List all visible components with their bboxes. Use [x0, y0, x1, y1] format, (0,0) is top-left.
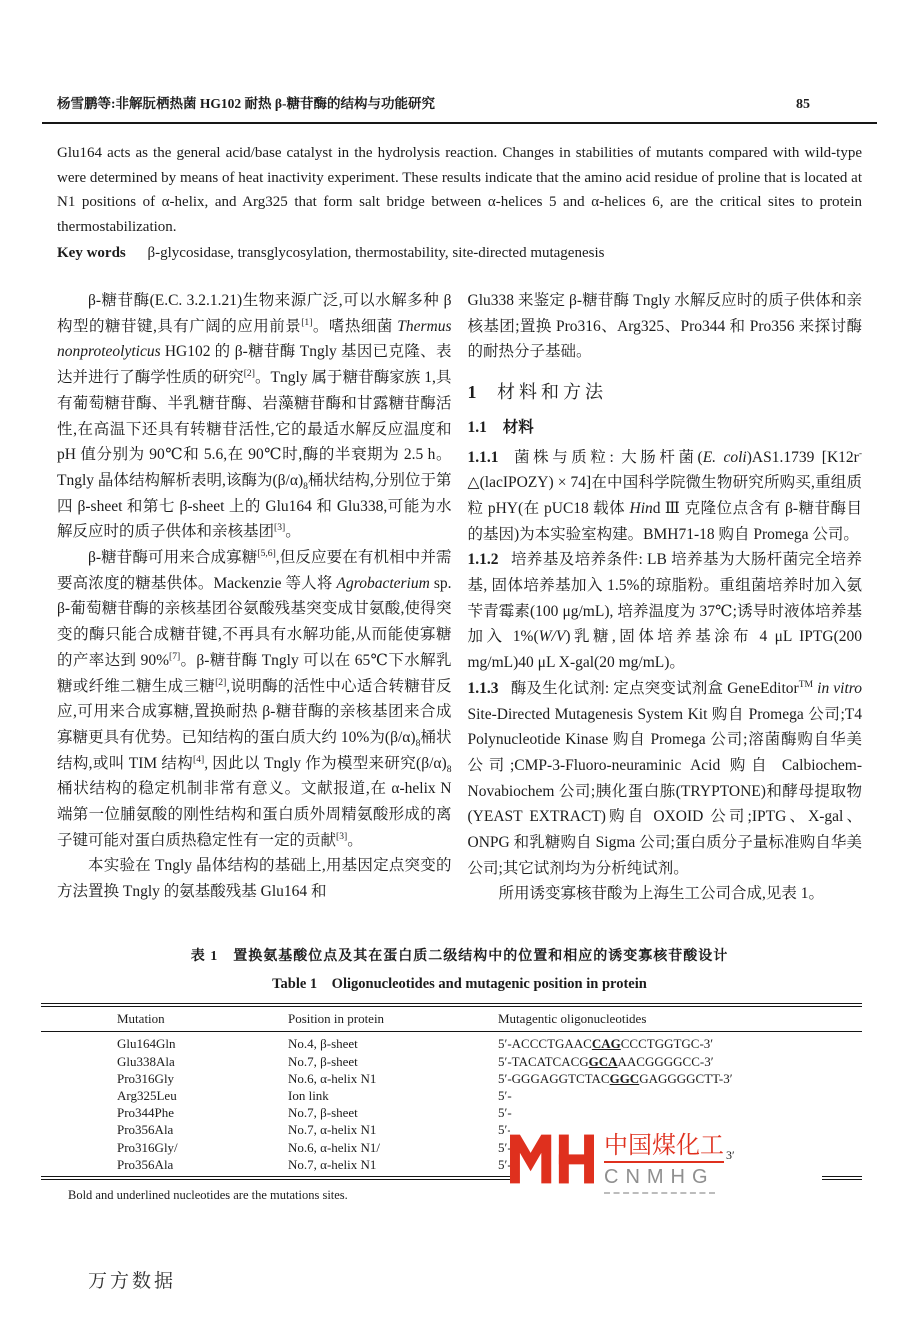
section-number: 1 [468, 382, 477, 402]
paragraph-intro: β-糖苷酶(E.C. 3.2.1.21)生物来源广泛,可以水解多种 β 构型的糖… [57, 288, 452, 545]
watermark: 中国煤化工 3′ CNMHG [510, 1118, 822, 1200]
subsection-title: 材料 [503, 419, 534, 436]
cell-position: No.6, α-helix N1 [273, 1070, 498, 1087]
cell-position: No.4, β-sheet [273, 1032, 498, 1053]
paragraph-experiment-lead: 本实验在 Tngly 晶体结构的基础上,用基因定点突变的方法置换 Tngly 的… [57, 853, 452, 904]
keywords-text: β-glycosidase, transglycosylation, therm… [148, 245, 605, 261]
keywords-line: Key words β-glycosidase, transglycosylat… [57, 245, 862, 262]
section-title: 材料和方法 [497, 382, 607, 402]
cell-position: No.7, β-sheet [273, 1053, 498, 1070]
table-row: Glu338Ala No.7, β-sheet 5′-TACATCACGGCAA… [41, 1053, 862, 1070]
paragraph-oligo-source: 所用诱变寡核苷酸为上海生工公司合成,见表 1。 [468, 881, 863, 907]
cell-oligo: 5′-TACATCACGGCAAACGGGGCC-3′ [498, 1053, 862, 1070]
subsection-number: 1.1 [468, 419, 487, 436]
section-heading-methods: 1 材料和方法 [468, 380, 863, 406]
paragraph-text: 培养基及培养条件: LB 培养基为大肠杆菌完全培养基, 固体培养基加入 1.5%… [468, 551, 863, 671]
cell-mutation: Glu338Ala [41, 1053, 273, 1070]
cell-position: No.7, β-sheet [273, 1104, 498, 1121]
watermark-sequence-fragment: 3′ [726, 1148, 735, 1163]
cell-mutation: Pro344Phe [41, 1104, 273, 1121]
paragraph-number: 1.1.3 [468, 680, 499, 697]
table-row: Glu164Gln No.4, β-sheet 5′-ACCCTGAACCAGC… [41, 1032, 862, 1053]
keywords-label: Key words [57, 245, 126, 261]
wanfang-data-logo: 万方数据 [88, 1266, 176, 1293]
column-right: Glu338 来鉴定 β-糖苷酶 Tngly 水解反应时的质子供体和亲核基团;置… [468, 288, 863, 907]
cell-position: No.6, α-helix N1/ [273, 1139, 498, 1156]
cell-position: No.7, α-helix N1 [273, 1156, 498, 1178]
cell-mutation: Pro356Ala [41, 1121, 273, 1138]
table-title-en: Table 1 Oligonucleotides and mutagenic p… [57, 972, 862, 993]
paragraph-strains-plasmids: 1.1.1菌株与质粒: 大肠杆菌(E. coli)AS1.1739 [K12r-… [468, 445, 863, 548]
paragraph-oligosynthesis: β-糖苷酶可用来合成寡糖[5,6],但反应要在有机相中并需要高浓度的糖基供体。M… [57, 545, 452, 853]
column-header-mutation: Mutation [41, 1005, 273, 1032]
paragraph-enzymes-reagents: 1.1.3酶及生化试剂: 定点突变试剂盒 GeneEditorTM in vit… [468, 676, 863, 882]
abstract-text: Glu164 acts as the general acid/base cat… [57, 141, 862, 239]
cell-mutation: Pro316Gly/ [41, 1139, 273, 1156]
paragraph-media-conditions: 1.1.2培养基及培养条件: LB 培养基为大肠杆菌完全培养基, 固体培养基加入… [468, 547, 863, 676]
page-number: 85 [796, 97, 862, 113]
table-row: Pro316Gly No.6, α-helix N1 5′-GGGAGGTCTA… [41, 1070, 862, 1087]
cell-oligo: 5′-GGGAGGTCTACGGCGAGGGGCTT-3′ [498, 1070, 862, 1087]
watermark-text-block: 中国煤化工 3′ CNMHG [604, 1125, 735, 1194]
cell-mutation: Pro316Gly [41, 1070, 273, 1087]
running-title: 杨雪鹏等:非解朊栖热菌 HG102 耐热 β-糖苷酶的结构与功能研究 [57, 92, 435, 112]
content-columns: β-糖苷酶(E.C. 3.2.1.21)生物来源广泛,可以水解多种 β 构型的糖… [57, 288, 862, 907]
column-left: β-糖苷酶(E.C. 3.2.1.21)生物来源广泛,可以水解多种 β 构型的糖… [57, 288, 452, 907]
cell-oligo: 5′-ACCCTGAACCAGCCCTGGTGC-3′ [498, 1032, 862, 1053]
paragraph-number: 1.1.1 [468, 449, 499, 466]
watermark-en-text: CNMHG [604, 1166, 715, 1194]
paragraph-text: 菌株与质粒: 大肠杆菌(E. coli)AS1.1739 [K12r- △(la… [468, 449, 863, 543]
table-row: Arg325Leu Ion link 5′- [41, 1087, 862, 1104]
cell-mutation: Arg325Leu [41, 1087, 273, 1104]
column-header-position: Position in protein [273, 1005, 498, 1032]
cell-mutation: Glu164Gln [41, 1032, 273, 1053]
paragraph-number: 1.1.2 [468, 551, 499, 568]
cell-position: Ion link [273, 1087, 498, 1104]
page: 杨雪鹏等:非解朊栖热菌 HG102 耐热 β-糖苷酶的结构与功能研究 85 Gl… [0, 0, 904, 1203]
paragraph-experiment-continued: Glu338 来鉴定 β-糖苷酶 Tngly 水解反应时的质子供体和亲核基团;置… [468, 288, 863, 365]
cell-oligo: 5′- [498, 1087, 862, 1104]
table-title-cn: 表 1 置换氨基酸位点及其在蛋白质二级结构中的位置和相应的诱变寡核苷酸设计 [57, 945, 862, 965]
column-header-oligonucleotides: Mutagentic oligonucleotides [498, 1005, 862, 1032]
table-header-row: Mutation Position in protein Mutagentic … [41, 1005, 862, 1032]
cell-position: No.7, α-helix N1 [273, 1121, 498, 1138]
watermark-cn-text: 中国煤化工 [604, 1125, 724, 1163]
header-rule [42, 122, 877, 124]
subsection-heading-materials: 1.1 材料 [468, 415, 863, 441]
watermark-logo [510, 1127, 594, 1191]
paragraph-text: 酶及生化试剂: 定点突变试剂盒 GeneEditorTM in vitro Si… [468, 680, 863, 877]
running-header: 杨雪鹏等:非解朊栖热菌 HG102 耐热 β-糖苷酶的结构与功能研究 85 [57, 92, 862, 113]
cell-mutation: Pro356Ala [41, 1156, 273, 1178]
